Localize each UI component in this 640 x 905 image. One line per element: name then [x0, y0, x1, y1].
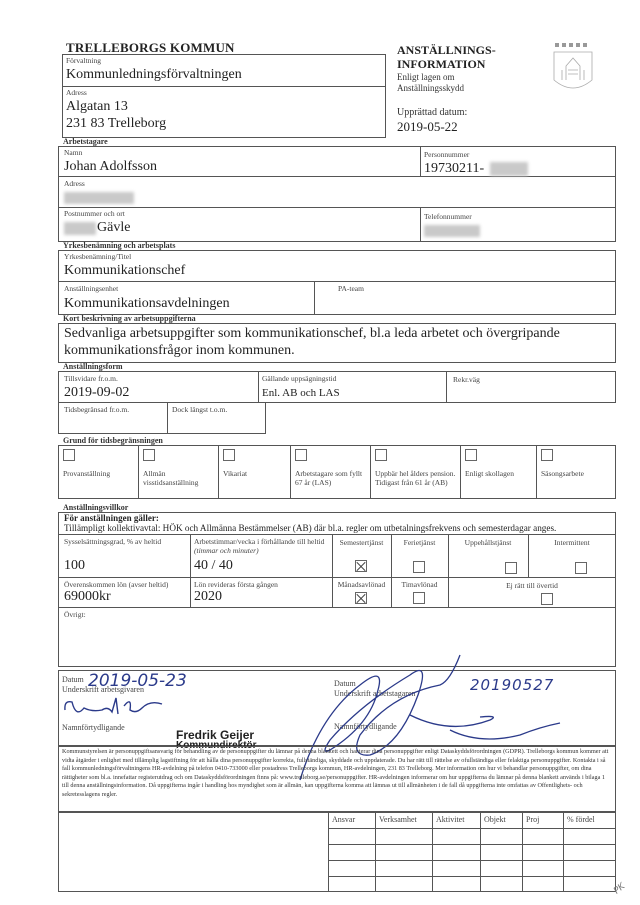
accounting-column-header: Ansvar	[332, 815, 355, 824]
accounting-column-header: Proj	[526, 815, 539, 824]
ovrigt-label: Övrigt:	[64, 610, 86, 619]
grund-option-label: Uppbär hel ålders pension. Tidigast från…	[375, 469, 457, 487]
manadsavlonad-label: Månadsavlönad	[332, 580, 391, 589]
accounting-box	[58, 812, 616, 892]
semestertjanst-checkbox[interactable]	[355, 560, 367, 572]
lon-label: Överenskommen lön (avser heltid)	[64, 580, 168, 589]
overtid-label: Ej rätt till övertid	[448, 581, 616, 590]
employer-adress-line1: Algatan 13	[66, 99, 128, 115]
telefon-label: Telefonnummer	[424, 212, 472, 221]
namn-value: Johan Adolfsson	[64, 159, 157, 175]
titel-label: Yrkesbenämning/Titel	[64, 252, 131, 261]
grund-checkbox[interactable]	[223, 449, 235, 461]
enhet-value: Kommunikationsavdelningen	[64, 296, 230, 312]
created-label: Upprättad datum:	[397, 107, 467, 118]
gdpr-text: Kommunstyrelsen är personuppgiftsansvari…	[62, 748, 612, 800]
accounting-column-header: Verksamhet	[379, 815, 417, 824]
personnummer-value: 19730211-	[424, 161, 484, 177]
employee-datum-label: Datum	[334, 679, 356, 688]
form-title-line2: INFORMATION	[397, 57, 496, 71]
grund-checkbox[interactable]	[295, 449, 307, 461]
grund-option-label: Provanställning	[63, 469, 135, 478]
form-subtitle-line1: Enligt lagen om	[397, 72, 464, 83]
employee-adress-label: Adress	[64, 179, 85, 188]
grund-option-label: Vikariat	[223, 469, 287, 478]
employer-name-label: Namnförtydligande	[62, 723, 125, 732]
applies-label: För anställningen gäller:	[64, 513, 159, 523]
form-subtitle-line2: Anställningsskydd	[397, 83, 464, 94]
manadsavlonad-checkbox[interactable]	[355, 592, 367, 604]
employer-adress-label: Adress	[66, 88, 87, 97]
syssel-label: Sysselsättningsgrad, % av heltid	[64, 537, 161, 546]
agreement-text: Tillämpligt kollektivavtal: HÖK och Allm…	[64, 523, 556, 533]
tillsvidare-value: 2019-09-02	[64, 385, 129, 401]
timavlonad-label: Timavlönad	[391, 580, 448, 589]
grund-option-label: Säsongsarbete	[541, 469, 613, 478]
form-subtitle: Enligt lagen om Anställningsskydd	[397, 72, 464, 93]
employer-signature	[62, 692, 172, 722]
rekr-label: Rekr.väg	[453, 375, 480, 384]
personnummer-label: Personnummer	[424, 150, 469, 159]
timmar-label-italic: (timmar och minuter)	[194, 546, 259, 555]
postort-value: Gävle	[97, 220, 130, 236]
grund-checkbox[interactable]	[541, 449, 553, 461]
accounting-column-header: % fördel	[567, 815, 595, 824]
section-grund: Grund för tidsbegränsningen	[63, 436, 163, 445]
grund-checkbox[interactable]	[465, 449, 477, 461]
coat-of-arms-icon	[552, 40, 594, 96]
enhet-label: Anställningsenhet	[64, 284, 118, 293]
description-line1: Sedvanliga arbetsuppgifter som kommunika…	[64, 326, 560, 342]
section-arbetstagare: Arbetstagare	[63, 137, 108, 146]
uppsagning-label: Gällande uppsägningstid	[262, 374, 336, 383]
namn-label: Namn	[64, 148, 82, 157]
accounting-column-header: Aktivitet	[436, 815, 464, 824]
created-date: 2019-05-22	[397, 119, 458, 135]
lon-value: 69000kr	[64, 589, 111, 605]
postort-label: Postnummer och ort	[64, 209, 125, 218]
grund-checkbox[interactable]	[143, 449, 155, 461]
intermittent-label: Intermittent	[528, 538, 616, 547]
redacted-personnummer	[490, 162, 528, 176]
section-villkor: Anställningsvillkor	[63, 503, 128, 512]
uppsagning-value: Enl. AB och LAS	[262, 387, 340, 399]
section-yrkesbenamning: Yrkesbenämning och arbetsplats	[63, 241, 175, 250]
timmar-value: 40 / 40	[194, 558, 233, 574]
ferietjanst-checkbox[interactable]	[413, 561, 425, 573]
syssel-value: 100	[64, 558, 85, 574]
redacted-postnummer	[64, 222, 96, 235]
grund-checkbox[interactable]	[63, 449, 75, 461]
uppehallstjanst-label: Uppehållstjänst	[448, 538, 528, 547]
redacted-telefon	[424, 225, 480, 237]
timmar-label: Arbetstimmar/vecka i förhållande till he…	[194, 537, 324, 546]
employee-name-label: Namnförtydligande	[334, 722, 397, 731]
grund-checkbox[interactable]	[375, 449, 387, 461]
section-beskrivning: Kort beskrivning av arbetsuppgifterna	[63, 314, 196, 323]
dock-langst-label: Dock längst t.o.m.	[172, 405, 227, 414]
ferietjanst-label: Ferietjänst	[391, 538, 448, 547]
forvaltning-label: Förvaltning	[66, 56, 101, 65]
revideras-value: 2020	[194, 589, 222, 605]
employee-sign-label: Underskrift arbetstagaren	[334, 689, 416, 698]
intermittent-checkbox[interactable]	[575, 562, 587, 574]
semestertjanst-label: Semestertjänst	[332, 538, 391, 547]
employee-datum-value: 20190527	[470, 676, 554, 694]
tillsvidare-label: Tillsvidare fr.o.m.	[64, 374, 118, 383]
grund-option-label: Allmän visstidsanställning	[143, 469, 215, 487]
accounting-column-header: Objekt	[484, 815, 506, 824]
timavlonad-checkbox[interactable]	[413, 592, 425, 604]
revideras-label: Lön revideras första gången	[194, 580, 278, 589]
employer-datum-label: Datum	[62, 675, 84, 684]
employer-adress-line2: 231 83 Trelleborg	[66, 116, 166, 132]
section-anstallningsform: Anställningsform	[63, 362, 123, 371]
description-line2: kommunikationsfrågor inom kommunen.	[64, 343, 295, 359]
uppehallstjanst-checkbox[interactable]	[505, 562, 517, 574]
forvaltning-value: Kommunledningsförvaltningen	[66, 67, 242, 83]
pateam-label: PA-team	[338, 284, 364, 293]
redacted-adress	[64, 192, 134, 204]
overtid-checkbox[interactable]	[541, 593, 553, 605]
form-title-line1: ANSTÄLLNINGS-	[397, 43, 496, 57]
titel-value: Kommunikationschef	[64, 263, 185, 279]
grund-option-label: Enligt skollagen	[465, 469, 533, 478]
tidsbegransad-label: Tidsbegränsad fr.o.m.	[64, 405, 129, 414]
form-title: ANSTÄLLNINGS- INFORMATION	[397, 43, 496, 71]
grund-option-label: Arbetstagare som fyllt 67 år (LAS)	[295, 469, 367, 487]
